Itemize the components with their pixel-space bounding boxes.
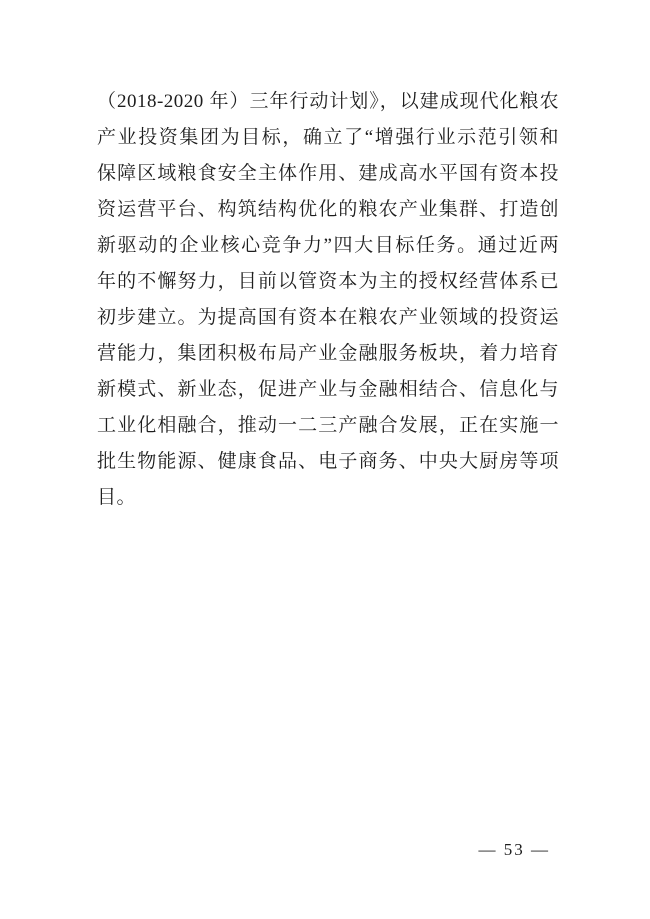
text-line: 新模式、新业态，促进产业与金融相结合、信息化与	[97, 372, 559, 408]
page-number: — 53 —	[0, 838, 550, 862]
document-page: （2018-2020 年）三年行动计划》，以建成现代化粮农 产业投资集团为目标，…	[0, 0, 650, 919]
text-line: 资运营平台、构筑结构优化的粮农产业集群、打造创	[97, 192, 559, 228]
text-line: 批生物能源、健康食品、电子商务、中央大厨房等项	[97, 444, 559, 480]
text-line: 新驱动的企业核心竞争力”四大目标任务。通过近两	[97, 228, 559, 264]
text-line: 工业化相融合，推动一二三产融合发展，正在实施一	[97, 408, 559, 444]
text-line: 目。	[97, 480, 559, 516]
text-line: 保障区域粮食安全主体作用、建成高水平国有资本投	[97, 156, 559, 192]
text-line: 产业投资集团为目标，确立了“增强行业示范引领和	[97, 120, 559, 156]
body-paragraph: （2018-2020 年）三年行动计划》，以建成现代化粮农 产业投资集团为目标，…	[97, 84, 559, 516]
text-line: （2018-2020 年）三年行动计划》，以建成现代化粮农	[97, 84, 559, 120]
text-line: 年的不懈努力，目前以管资本为主的授权经营体系已	[97, 264, 559, 300]
text-line: 营能力，集团积极布局产业金融服务板块，着力培育	[97, 336, 559, 372]
text-line: 初步建立。为提高国有资本在粮农产业领域的投资运	[97, 300, 559, 336]
